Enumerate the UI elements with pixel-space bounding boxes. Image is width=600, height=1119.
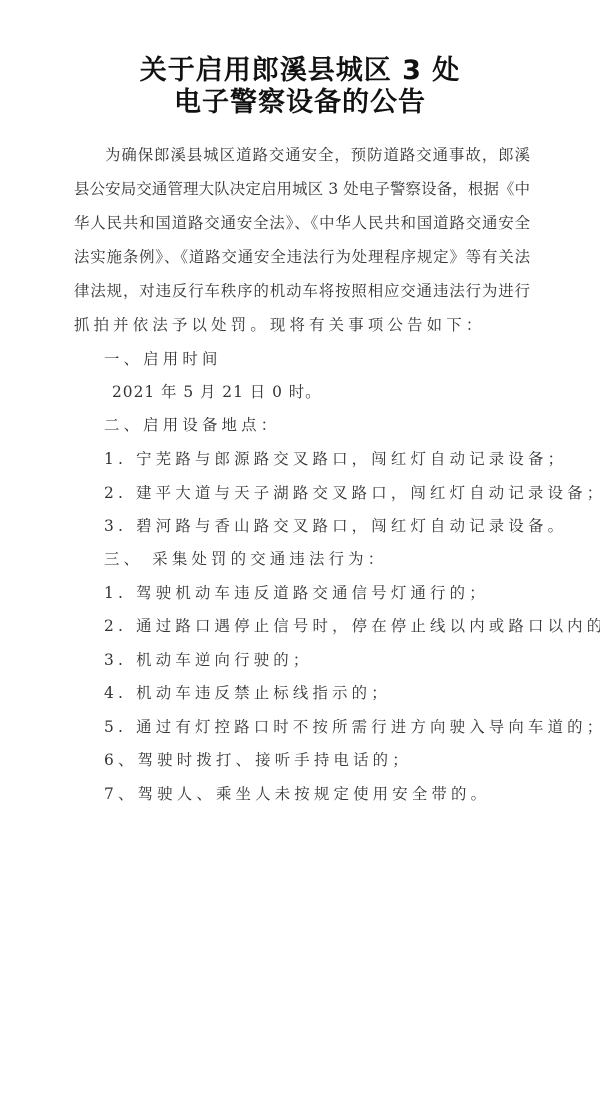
violation-item: 2. 通过路口遇停止信号时，停在停止线以内或路口以内的； [104,614,600,636]
location-item: 1. 宁芜路与郎源路交叉路口，闯红灯自动记录设备； [104,447,567,469]
intro-line: 县公安局交通管理大队决定启用城区 3 处电子警察设备，根据《中 [74,177,530,199]
intro-line: 法实施条例》、《道路交通安全违法行为处理程序规定》等有关法 [74,245,530,267]
violation-item: 6、驾驶时拨打、接听手持电话的； [104,748,412,770]
intro-line: 为确保郎溪县城区道路交通安全，预防道路交通事故，郎溪 [105,143,530,165]
start-time-value: 2021 年 5 月 21 日 0 时。 [112,380,322,402]
intro-line: 华人民共和国道路交通安全法》、《中华人民共和国道路交通安全 [74,211,530,233]
document-title-line-2: 电子警察设备的公告 [0,80,600,119]
location-item: 2. 建平大道与天子湖路交叉路口，闯红灯自动记录设备； [104,481,600,503]
intro-line: 抓拍并依法予以处罚。现将有关事项公告如下： [74,313,485,335]
violation-item: 7、驾驶人、乘坐人未按规定使用安全带的。 [104,782,490,804]
violation-item: 5. 通过有灯控路口时不按所需行进方向驶入导向车道的； [104,715,600,737]
violation-item: 1. 驾驶机动车违反道路交通信号灯通行的； [104,581,489,603]
section-heading: 一、启用时间 [104,347,222,369]
section-heading: 二、启用设备地点： [104,413,280,435]
location-item: 3. 碧河路与香山路交叉路口，闯红灯自动记录设备。 [104,514,567,536]
section-heading: 三、 采集处罚的交通违法行为： [104,547,387,569]
intro-line: 律法规，对违反行车秩序的机动车将按照相应交通违法行为进行 [74,279,530,301]
violation-item: 4. 机动车违反禁止标线指示的； [104,681,391,703]
violation-item: 3. 机动车逆向行驶的； [104,648,313,670]
